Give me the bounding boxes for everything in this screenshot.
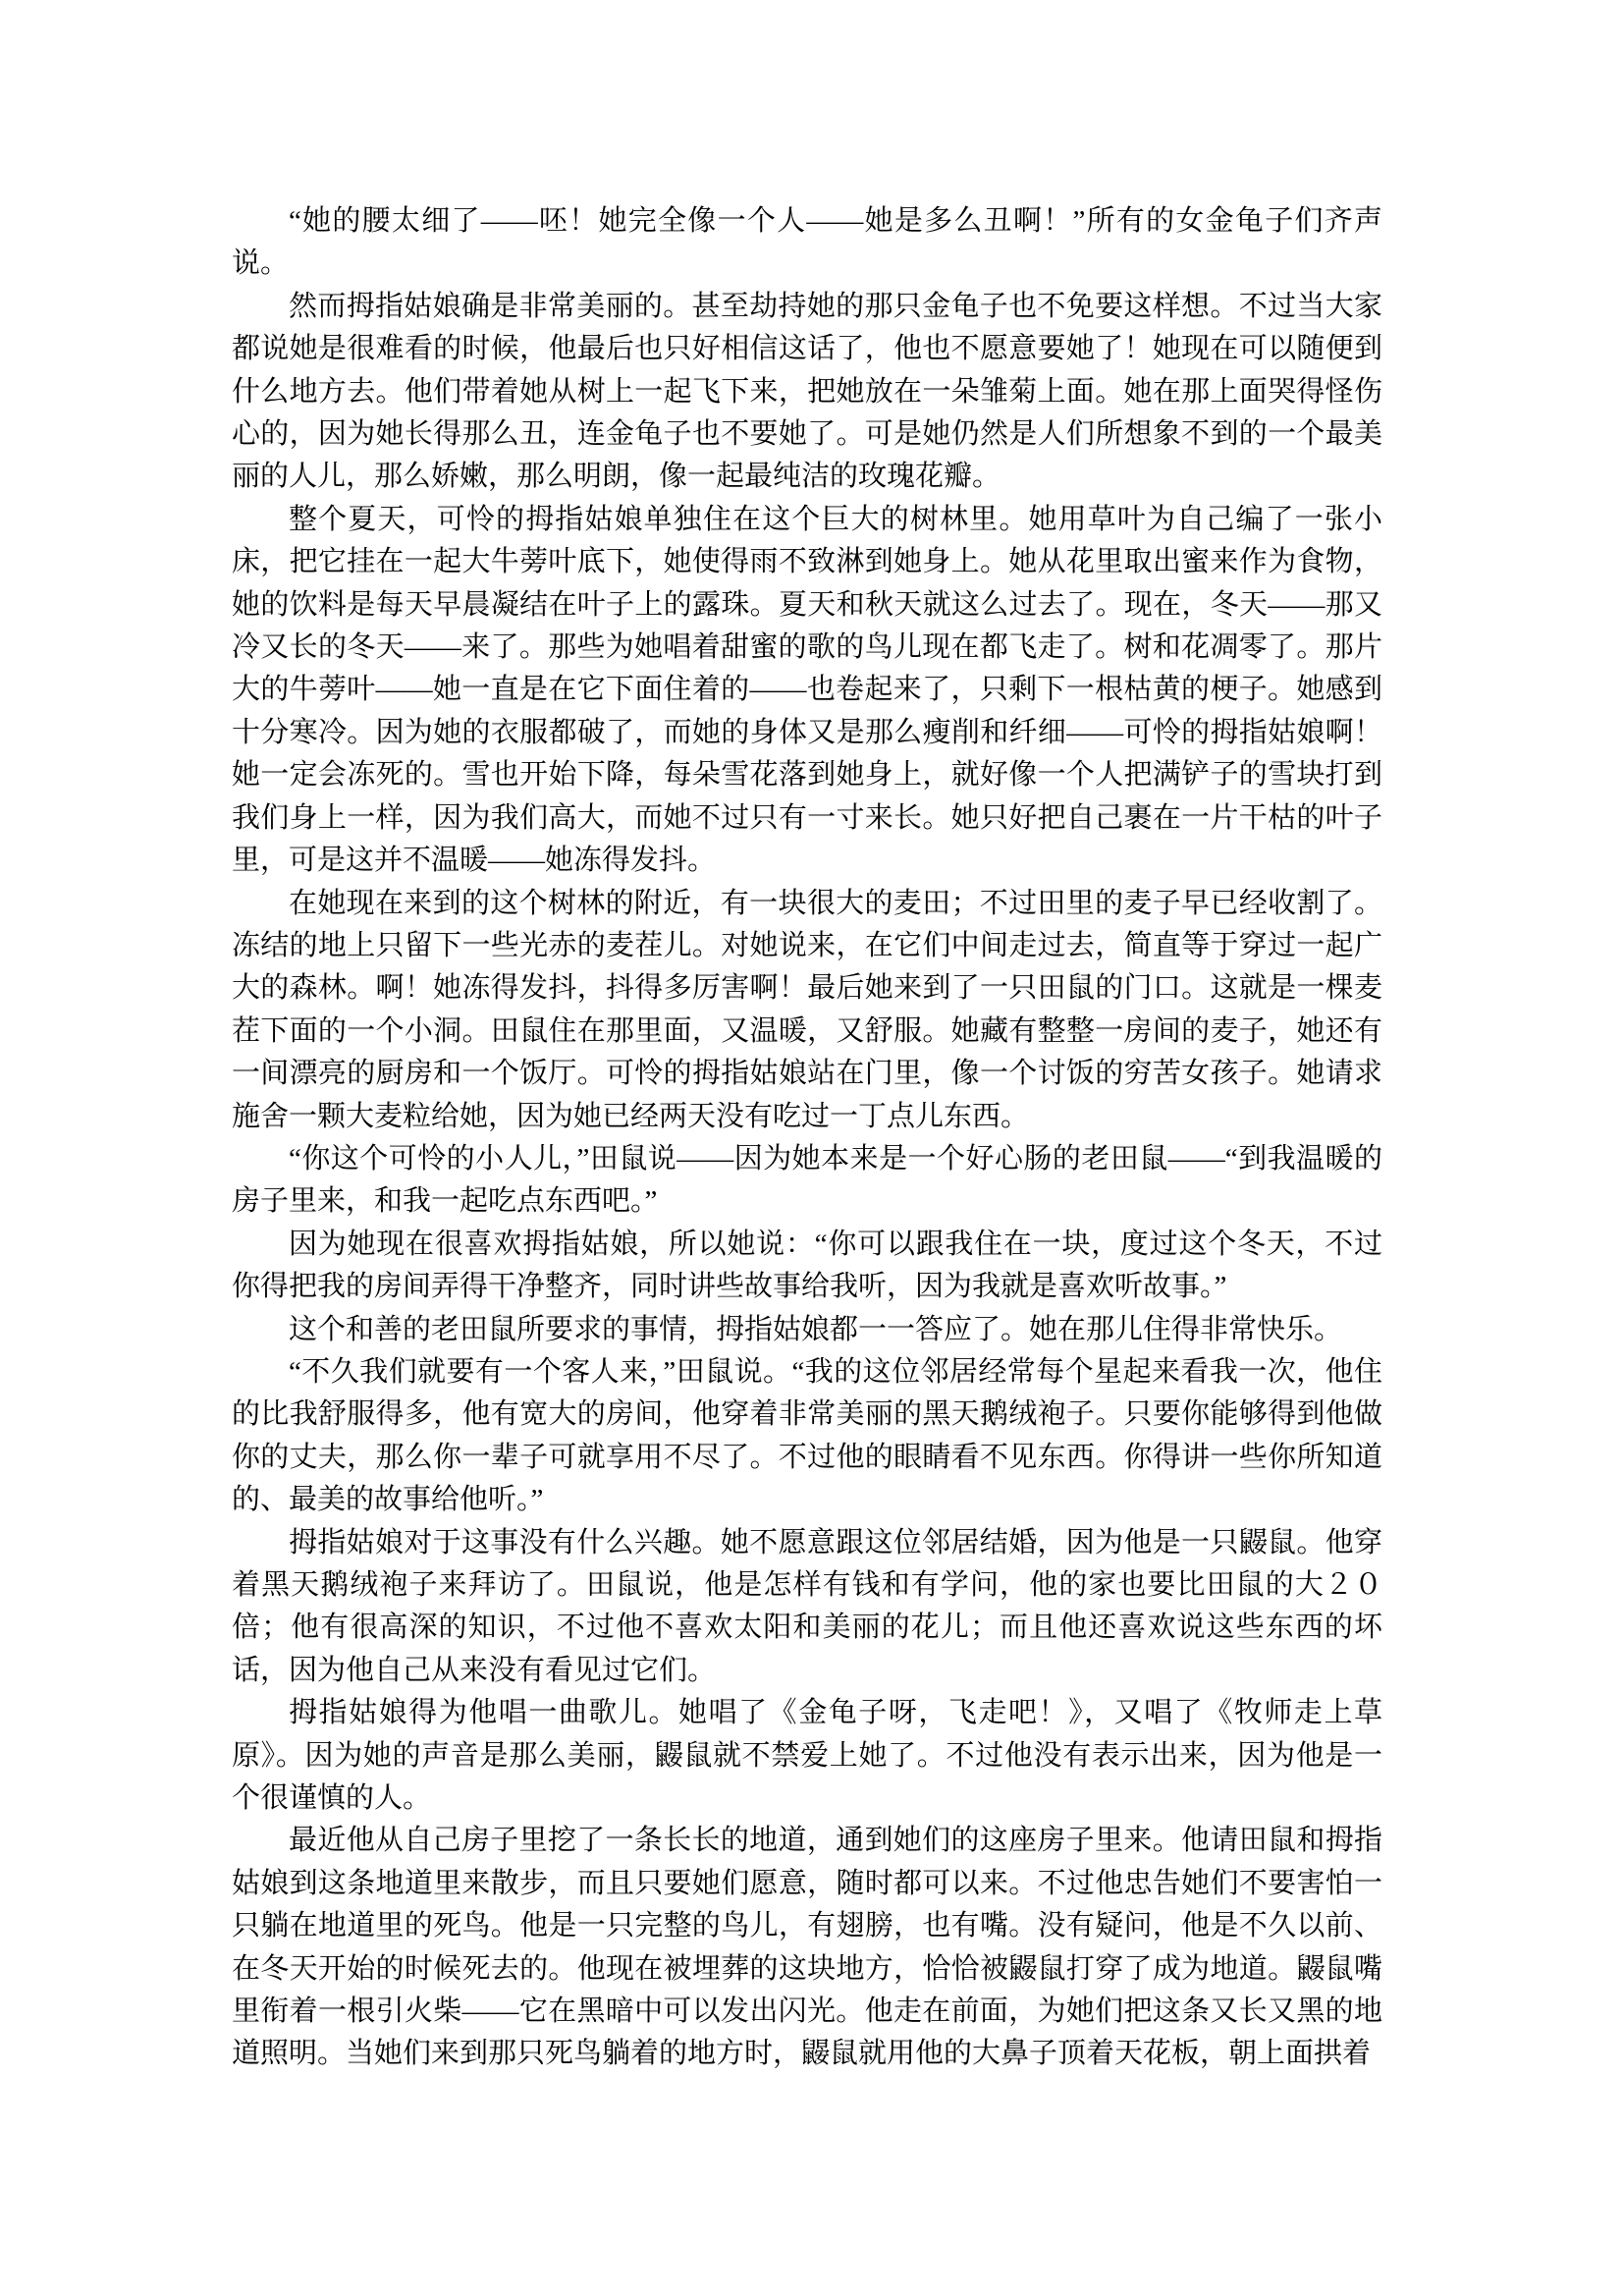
document-page: “她的腰太细了——呸！她完全像一个人——她是多么丑啊！”所有的女金龟子们齐声说。… xyxy=(0,0,1623,2296)
paragraph-4: 在她现在来到的这个树林的附近，有一块很大的麦田；不过田里的麦子早已经收割了。冻结… xyxy=(232,883,1382,1138)
paragraph-8: “不久我们就要有一个客人来，”田鼠说。“我的这位邻居经常每个星起来看我一次，他住… xyxy=(232,1351,1382,1522)
paragraph-3: 整个夏天，可怜的拇指姑娘单独住在这个巨大的树林里。她用草叶为自己编了一张小床，把… xyxy=(232,499,1382,883)
paragraph-9: 拇指姑娘对于这事没有什么兴趣。她不愿意跟这位邻居结婚，因为他是一只鼹鼠。他穿着黑… xyxy=(232,1522,1382,1693)
story-text-block: “她的腰太细了——呸！她完全像一个人——她是多么丑啊！”所有的女金龟子们齐声说。… xyxy=(232,200,1382,2076)
paragraph-11: 最近他从自己房子里挖了一条长长的地道，通到她们的这座房子里来。他请田鼠和拇指姑娘… xyxy=(232,1820,1382,2075)
paragraph-7: 这个和善的老田鼠所要求的事情，拇指姑娘都一一答应了。她在那儿住得非常快乐。 xyxy=(232,1309,1382,1351)
paragraph-2: 然而拇指姑娘确是非常美丽的。甚至劫持她的那只金龟子也不免要这样想。不过当大家都说… xyxy=(232,286,1382,499)
paragraph-1: “她的腰太细了——呸！她完全像一个人——她是多么丑啊！”所有的女金龟子们齐声说。 xyxy=(232,200,1382,286)
paragraph-10: 拇指姑娘得为他唱一曲歌儿。她唱了《金龟子呀，飞走吧！》，又唱了《牧师走上草原》。… xyxy=(232,1692,1382,1820)
paragraph-5: “你这个可怜的小人儿，”田鼠说——因为她本来是一个好心肠的老田鼠——“到我温暖的… xyxy=(232,1138,1382,1224)
paragraph-6: 因为她现在很喜欢拇指姑娘，所以她说：“你可以跟我住在一块，度过这个冬天，不过你得… xyxy=(232,1224,1382,1309)
